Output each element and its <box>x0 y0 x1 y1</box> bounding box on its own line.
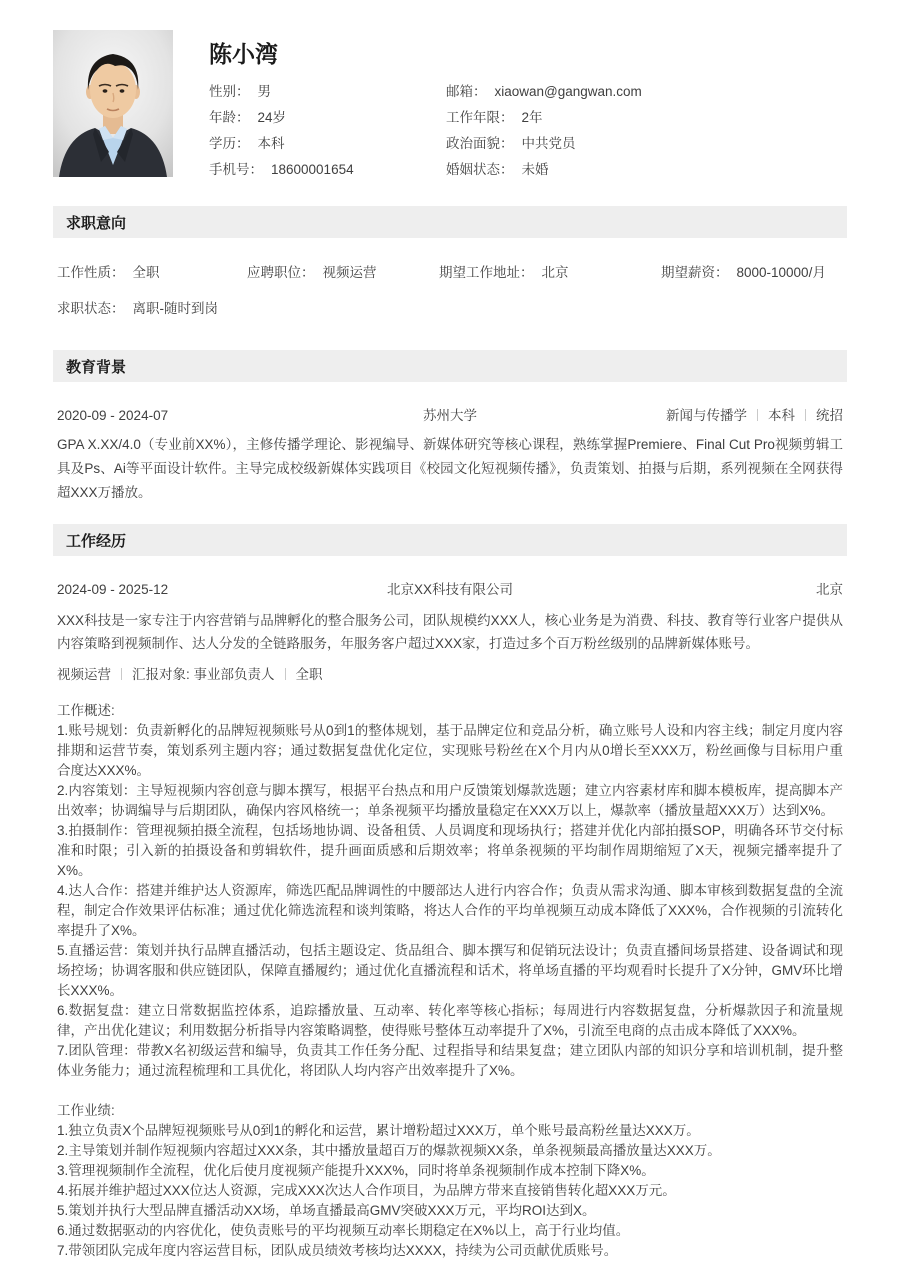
work-overview-item: 7.团队管理：带教X名初级运营和编导，负责其工作任务分配、过程指导和结果复盘；建… <box>57 1041 843 1081</box>
work-achievement-item: 5.策划并执行大型品牌直播活动XX场，单场直播最高GMV突破XXX万元，平均RO… <box>57 1201 843 1221</box>
intention-fields-row: 工作性质：全职 应聘职位：视频运营 期望工作地址：北京 期望薪资：8000-10… <box>53 264 847 281</box>
work-overview-item: 6.数据复盘：建立日常数据监控体系，追踪播放量、互动率、转化率等核心指标；每周进… <box>57 1001 843 1041</box>
resume-header: 陈小湾 性别：男 年龄：24岁 学历：本科 手机号：18600001654 邮箱… <box>53 30 847 178</box>
education-period: 2020-09 - 2024-07 <box>57 407 423 424</box>
field-value: 中共党员 <box>522 136 576 151</box>
field-label: 婚姻状态： <box>446 162 514 177</box>
work-report-to: 汇报对象: 事业部负责人 <box>132 667 275 682</box>
field-value: 全职 <box>133 265 160 280</box>
work-overview-item: 1.账号规划：负责新孵化的品牌短视频账号从0到1的整体规划，基于品牌定位和竞品分… <box>57 721 843 781</box>
field-value: 2年 <box>522 110 543 125</box>
field-label: 性别： <box>209 84 250 99</box>
work-overview-item: 3.拍摄制作：管理视频拍摄全流程，包括场地协调、设备租赁、人员调度和现场执行；搭… <box>57 821 843 881</box>
field-value: xiaowan@gangwan.com <box>495 84 642 99</box>
basic-info-grid: 性别：男 年龄：24岁 学历：本科 手机号：18600001654 邮箱：xia… <box>209 83 847 178</box>
field-political-status: 政治面貌：中共党员 <box>446 135 847 152</box>
field-value: 8000-10000/月 <box>737 265 826 280</box>
work-entry: 2024-09 - 2025-12 北京XX科技有限公司 北京 <box>53 581 847 598</box>
candidate-name: 陈小湾 <box>209 40 847 68</box>
education-entry: 2020-09 - 2024-07 苏州大学 新闻与传播学本科统招 <box>53 407 847 424</box>
work-achievement-item: 7.带领团队完成年度内容运营目标，团队成员绩效考核均达XXXX，持续为公司贡献优… <box>57 1241 843 1261</box>
field-label: 工作性质： <box>57 265 125 280</box>
work-role-row: 视频运营汇报对象: 事业部负责人全职 <box>53 666 847 683</box>
work-achievement-item: 1.独立负责X个品牌短视频账号从0到1的孵化和运营，累计增粉超过XXX万，单个账… <box>57 1121 843 1141</box>
field-label: 学历： <box>209 136 250 151</box>
divider <box>121 668 122 680</box>
field-label: 年龄： <box>209 110 250 125</box>
section-title: 工作经历 <box>66 530 126 551</box>
field-email: 邮箱：xiaowan@gangwan.com <box>446 83 847 100</box>
field-years-of-experience: 工作年限：2年 <box>446 109 847 126</box>
field-label: 工作年限： <box>446 110 514 125</box>
field-value: 本科 <box>258 136 285 151</box>
section-header-education: 教育背景 <box>53 350 847 382</box>
work-achievement-item: 2.主导策划并制作短视频内容超过XXX条，其中播放量超百万的爆款视频XX条，单条… <box>57 1141 843 1161</box>
profile-photo <box>53 30 173 177</box>
field-label: 期望薪资： <box>661 265 729 280</box>
field-education-level: 学历：本科 <box>209 135 446 152</box>
education-description: GPA X.XX/4.0（专业前XX%），主修传播学理论、影视编导、新媒体研究等… <box>53 433 847 505</box>
education-degree: 本科 <box>768 408 795 423</box>
field-marital-status: 婚姻状态：未婚 <box>446 161 847 178</box>
basic-info-left-column: 性别：男 年龄：24岁 学历：本科 手机号：18600001654 <box>209 83 446 178</box>
field-value: 离职-随时到岗 <box>133 301 219 316</box>
work-role: 视频运营 <box>57 667 111 682</box>
work-period: 2024-09 - 2025-12 <box>57 581 387 598</box>
field-value: 18600001654 <box>271 162 354 177</box>
field-value: 视频运营 <box>323 265 377 280</box>
field-expected-salary: 期望薪资：8000-10000/月 <box>661 264 847 281</box>
education-major: 新闻与传播学 <box>666 408 747 423</box>
header-info: 陈小湾 性别：男 年龄：24岁 学历：本科 手机号：18600001654 邮箱… <box>209 30 847 178</box>
section-title: 求职意向 <box>66 212 126 233</box>
field-value: 24岁 <box>258 110 287 125</box>
resume-page: 陈小湾 性别：男 年龄：24岁 学历：本科 手机号：18600001654 邮箱… <box>0 0 900 1275</box>
field-target-position: 应聘职位：视频运营 <box>247 264 439 281</box>
field-label: 应聘职位： <box>247 265 315 280</box>
field-label: 求职状态： <box>57 301 125 316</box>
work-achievement-item: 6.通过数据驱动的内容优化，使负责账号的平均视频互动率长期稳定在X%以上，高于行… <box>57 1221 843 1241</box>
education-admission-type: 统招 <box>816 408 843 423</box>
field-age: 年龄：24岁 <box>209 109 446 126</box>
field-value: 男 <box>258 84 272 99</box>
divider <box>285 668 286 680</box>
field-label: 期望工作地址： <box>439 265 534 280</box>
work-achievement-item: 4.拓展并维护超过XXX位达人资源，完成XXX次达人合作项目，为品牌方带来直接销… <box>57 1181 843 1201</box>
divider <box>757 409 758 421</box>
work-achievement-item: 3.管理视频制作全流程，优化后使月度视频产能提升XXX%，同时将单条视频制作成本… <box>57 1161 843 1181</box>
field-value: 北京 <box>542 265 569 280</box>
work-details: 工作概述: 1.账号规划：负责新孵化的品牌短视频账号从0到1的整体规划，基于品牌… <box>53 701 847 1261</box>
section-title: 教育背景 <box>66 356 126 377</box>
company-intro: XXX科技是一家专注于内容营销与品牌孵化的整合服务公司，团队规模约XXX人，核心… <box>53 609 847 655</box>
basic-info-right-column: 邮箱：xiaowan@gangwan.com 工作年限：2年 政治面貌：中共党员… <box>446 83 847 178</box>
intention-status-row: 求职状态：离职-随时到岗 <box>53 300 847 317</box>
work-location: 北京 <box>513 581 843 598</box>
field-label: 邮箱： <box>446 84 487 99</box>
field-job-nature: 工作性质：全职 <box>57 264 247 281</box>
field-expected-location: 期望工作地址：北京 <box>439 264 661 281</box>
divider <box>805 409 806 421</box>
work-overview-title: 工作概述: <box>57 701 843 721</box>
work-achievements-title: 工作业绩: <box>57 1101 843 1121</box>
work-overview-item: 5.直播运营：策划并执行品牌直播活动，包括主题设定、货品组合、脚本撰写和促销玩法… <box>57 941 843 1001</box>
section-header-work: 工作经历 <box>53 524 847 556</box>
section-header-intention: 求职意向 <box>53 206 847 238</box>
avatar-illustration <box>53 30 173 177</box>
education-tags: 新闻与传播学本科统招 <box>477 407 843 424</box>
field-phone: 手机号：18600001654 <box>209 161 446 178</box>
education-school: 苏州大学 <box>423 407 477 424</box>
field-job-status: 求职状态：离职-随时到岗 <box>57 300 847 317</box>
field-value: 未婚 <box>522 162 549 177</box>
work-job-type: 全职 <box>296 667 323 682</box>
field-gender: 性别：男 <box>209 83 446 100</box>
work-overview-item: 4.达人合作：搭建并维护达人资源库，筛选匹配品牌调性的中腰部达人进行内容合作；负… <box>57 881 843 941</box>
work-overview-item: 2.内容策划：主导短视频内容创意与脚本撰写，根据平台热点和用户反馈策划爆款选题；… <box>57 781 843 821</box>
work-company: 北京XX科技有限公司 <box>387 581 513 598</box>
field-label: 手机号： <box>209 162 263 177</box>
field-label: 政治面貌： <box>446 136 514 151</box>
